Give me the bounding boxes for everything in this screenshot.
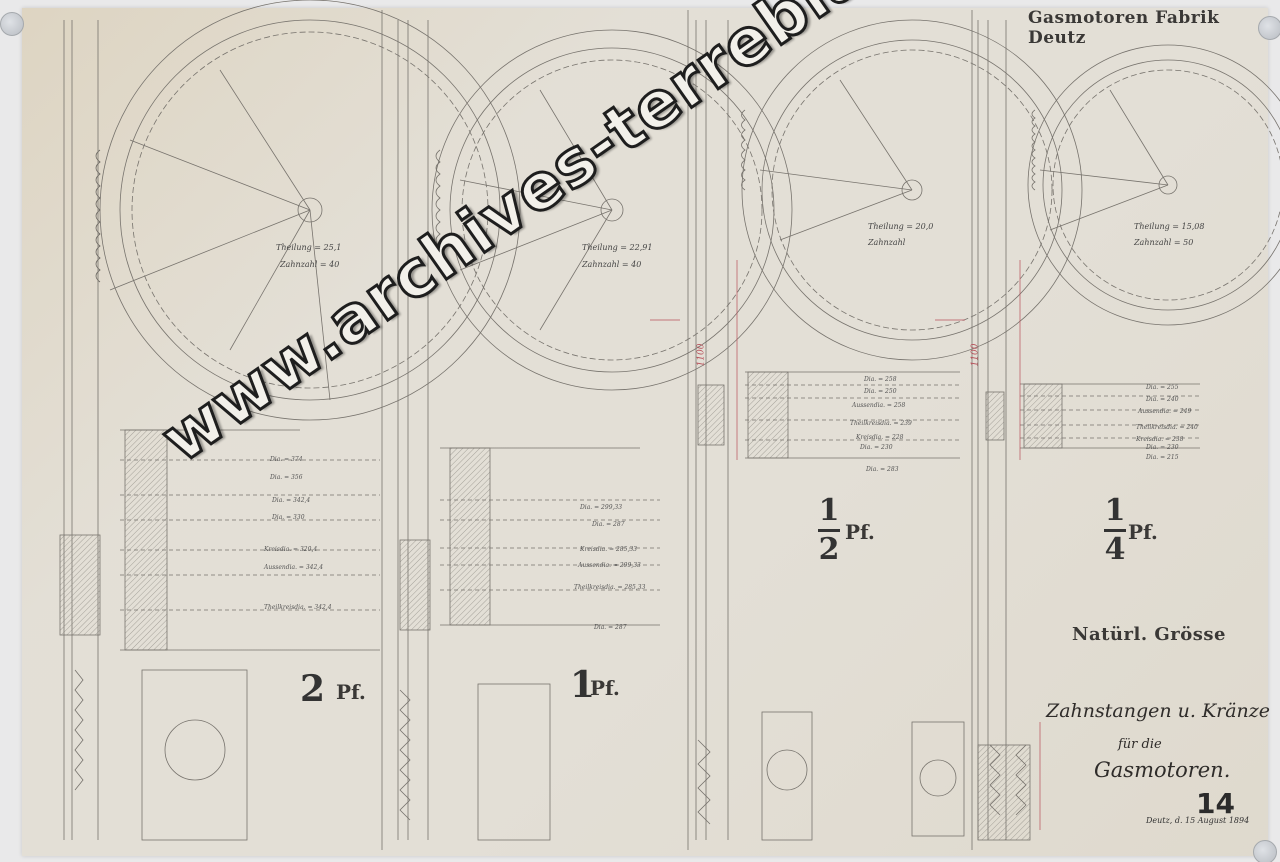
fraction-numerator: 1 bbox=[1104, 496, 1126, 526]
caption-line-2: für die bbox=[1118, 737, 1162, 752]
dim-label: Theilkreisdia. = 342,4 bbox=[264, 604, 332, 611]
unit-label-pf: Pf. bbox=[336, 680, 366, 704]
date-signature: Deutz, d. 15 August 1894 bbox=[1146, 816, 1249, 825]
gear-note-zahnzahl-quarter-pf: Zahnzahl = 50 bbox=[1134, 238, 1193, 247]
caption-line-3: Gasmotoren. bbox=[1094, 758, 1230, 782]
dim-label: Aussendia. = 342,4 bbox=[264, 564, 323, 571]
red-dim-label: 1100 bbox=[970, 344, 980, 367]
dim-label: Kreisdia. = 285,33 bbox=[580, 546, 637, 553]
dim-label: Dia. = 287 bbox=[592, 521, 625, 528]
size-label-quarter: 1 4 bbox=[1104, 496, 1126, 565]
dim-label: Aussendia. = 258 bbox=[852, 402, 905, 409]
red-dim-label: 1100 bbox=[696, 344, 706, 367]
unit-label-pf: Pf. bbox=[590, 676, 620, 700]
dim-label: Theilkreisdia. = 285,33 bbox=[574, 584, 645, 591]
dim-label: Dia. = 215 bbox=[1146, 454, 1179, 461]
dim-label: Dia. = 255 bbox=[1146, 384, 1179, 391]
dim-label: Dia. = 230 bbox=[1146, 444, 1179, 451]
dim-label: Kreisdia. = 228 bbox=[856, 434, 903, 441]
dim-label: Dia. = 356 bbox=[270, 474, 303, 481]
scale-note: Natürl. Grösse bbox=[1072, 624, 1226, 645]
unit-label-pf: Pf. bbox=[1128, 520, 1158, 544]
dim-label: Dia. = 330 bbox=[272, 514, 305, 521]
dim-label: Dia. = 258 bbox=[864, 376, 897, 383]
dim-label: Kreisdia. = 320,4 bbox=[264, 546, 317, 553]
gear-note-theilung-half-pf: Theilung = 20,0 bbox=[868, 222, 933, 231]
dim-label: Dia. = 287 bbox=[594, 624, 627, 631]
gear-note-zahnzahl-2pf: Zahnzahl = 40 bbox=[280, 260, 339, 269]
dim-label: Dia. = 250 bbox=[864, 388, 897, 395]
dim-label: Dia. = 374 bbox=[270, 456, 303, 463]
dim-label: Kreisdia. = 238 bbox=[1136, 436, 1183, 443]
gear-note-theilung-2pf: Theilung = 25,1 bbox=[276, 243, 341, 252]
gear-note-theilung-quarter-pf: Theilung = 15,08 bbox=[1134, 222, 1204, 231]
dim-label: Dia. = 230 bbox=[860, 444, 893, 451]
gear-wheel-half-pf bbox=[742, 20, 1082, 360]
fraction-denominator: 2 bbox=[818, 535, 840, 565]
dim-label: Theilkreisdia. = 239 bbox=[850, 420, 912, 427]
dim-label: Dia. = 240 bbox=[1146, 396, 1179, 403]
unit-label-pf: Pf. bbox=[845, 520, 875, 544]
fraction-denominator: 4 bbox=[1104, 535, 1126, 565]
dim-label: Dia. = 299,33 bbox=[580, 504, 622, 511]
dim-label: Aussendia. = 249 bbox=[1138, 408, 1191, 415]
gear-note-zahnzahl-half-pf: Zahnzahl bbox=[868, 238, 905, 247]
gear-wheel-quarter-pf bbox=[1028, 45, 1280, 325]
fraction-numerator: 1 bbox=[818, 496, 840, 526]
dim-label: Theilkreisdia. = 240 bbox=[1136, 424, 1198, 431]
gear-note-theilung-1pf: Theilung = 22,91 bbox=[582, 243, 652, 252]
gear-note-zahnzahl-1pf: Zahnzahl = 40 bbox=[582, 260, 641, 269]
dim-label: Aussendia. = 299,33 bbox=[578, 562, 641, 569]
dim-label: Dia. = 283 bbox=[866, 466, 899, 473]
caption-line-1: Zahnstangen u. Kränze bbox=[1046, 700, 1270, 722]
size-label-2: 2 bbox=[300, 668, 325, 710]
dim-label: Dia. = 342,4 bbox=[272, 497, 310, 504]
header-title: Gasmotoren Fabrik Deutz bbox=[1028, 8, 1280, 48]
size-label-half: 1 2 bbox=[818, 496, 840, 565]
